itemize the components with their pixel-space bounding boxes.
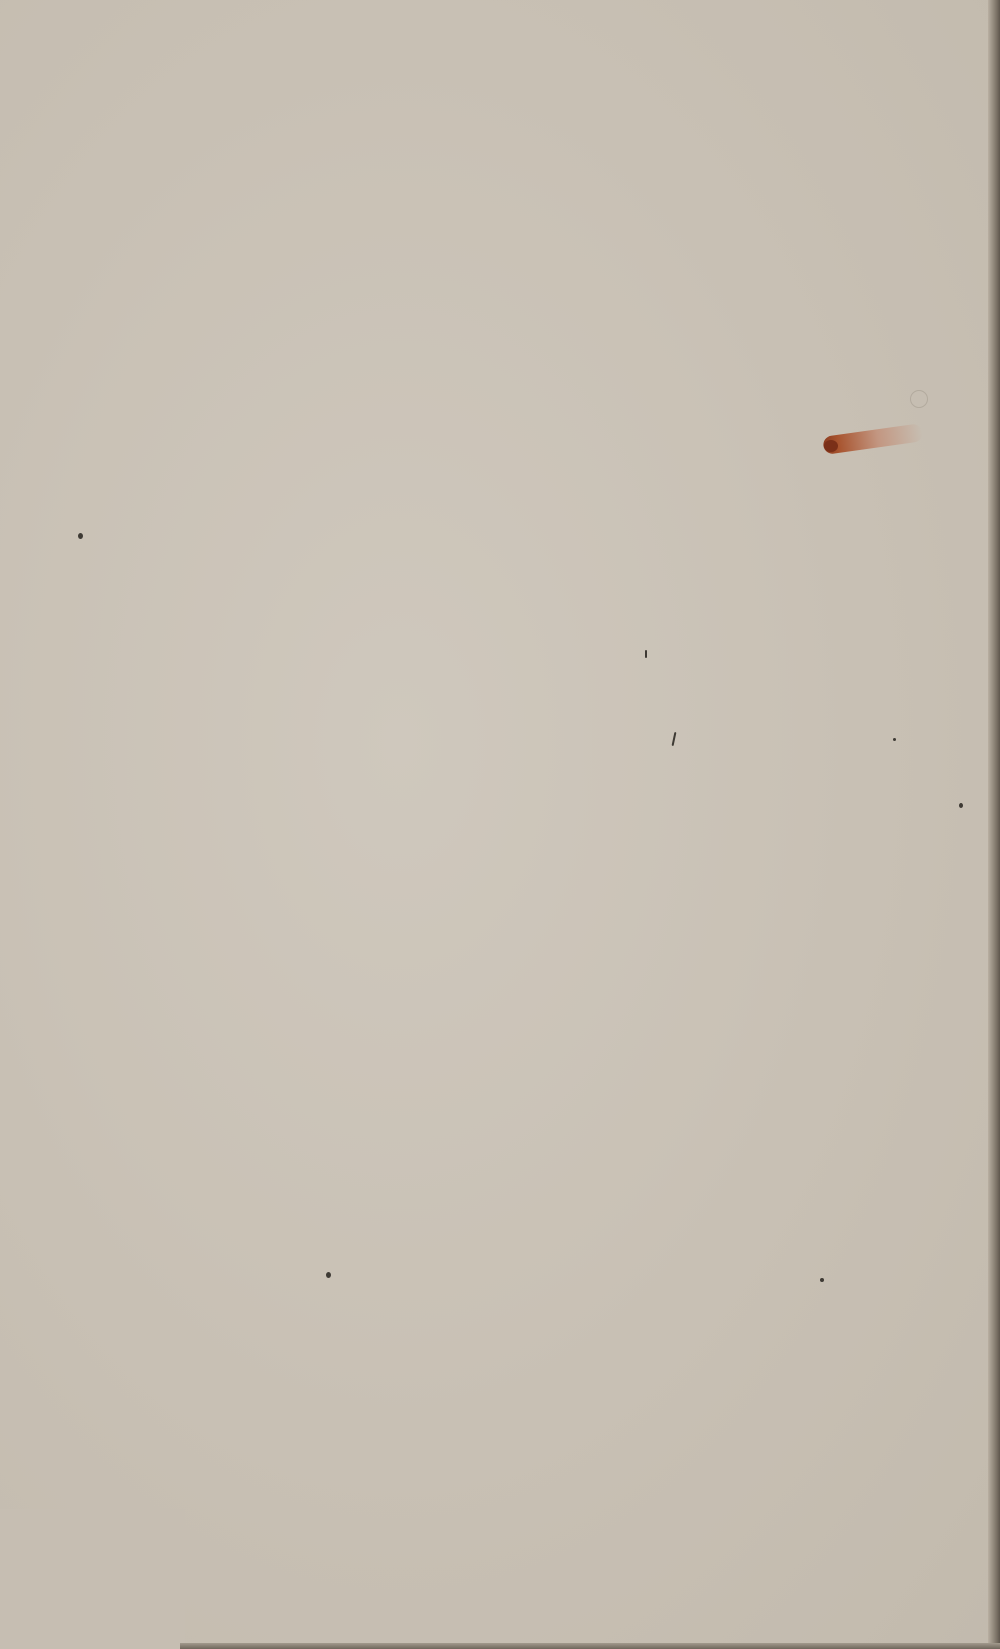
speck bbox=[78, 533, 83, 539]
speck bbox=[893, 738, 896, 741]
reddish-stain bbox=[822, 423, 924, 455]
speck bbox=[959, 803, 963, 808]
blank-scanned-page: Blank scanned book page bbox=[0, 0, 1000, 1649]
speck bbox=[645, 650, 647, 658]
spine-edge bbox=[988, 0, 1000, 1649]
lower-left-corner-patch bbox=[0, 1509, 185, 1649]
speck bbox=[672, 732, 677, 746]
faint-mark bbox=[910, 390, 928, 408]
speck bbox=[820, 1278, 824, 1282]
stain-dot bbox=[824, 440, 838, 452]
speck bbox=[326, 1272, 331, 1278]
bottom-edge bbox=[180, 1643, 1000, 1649]
